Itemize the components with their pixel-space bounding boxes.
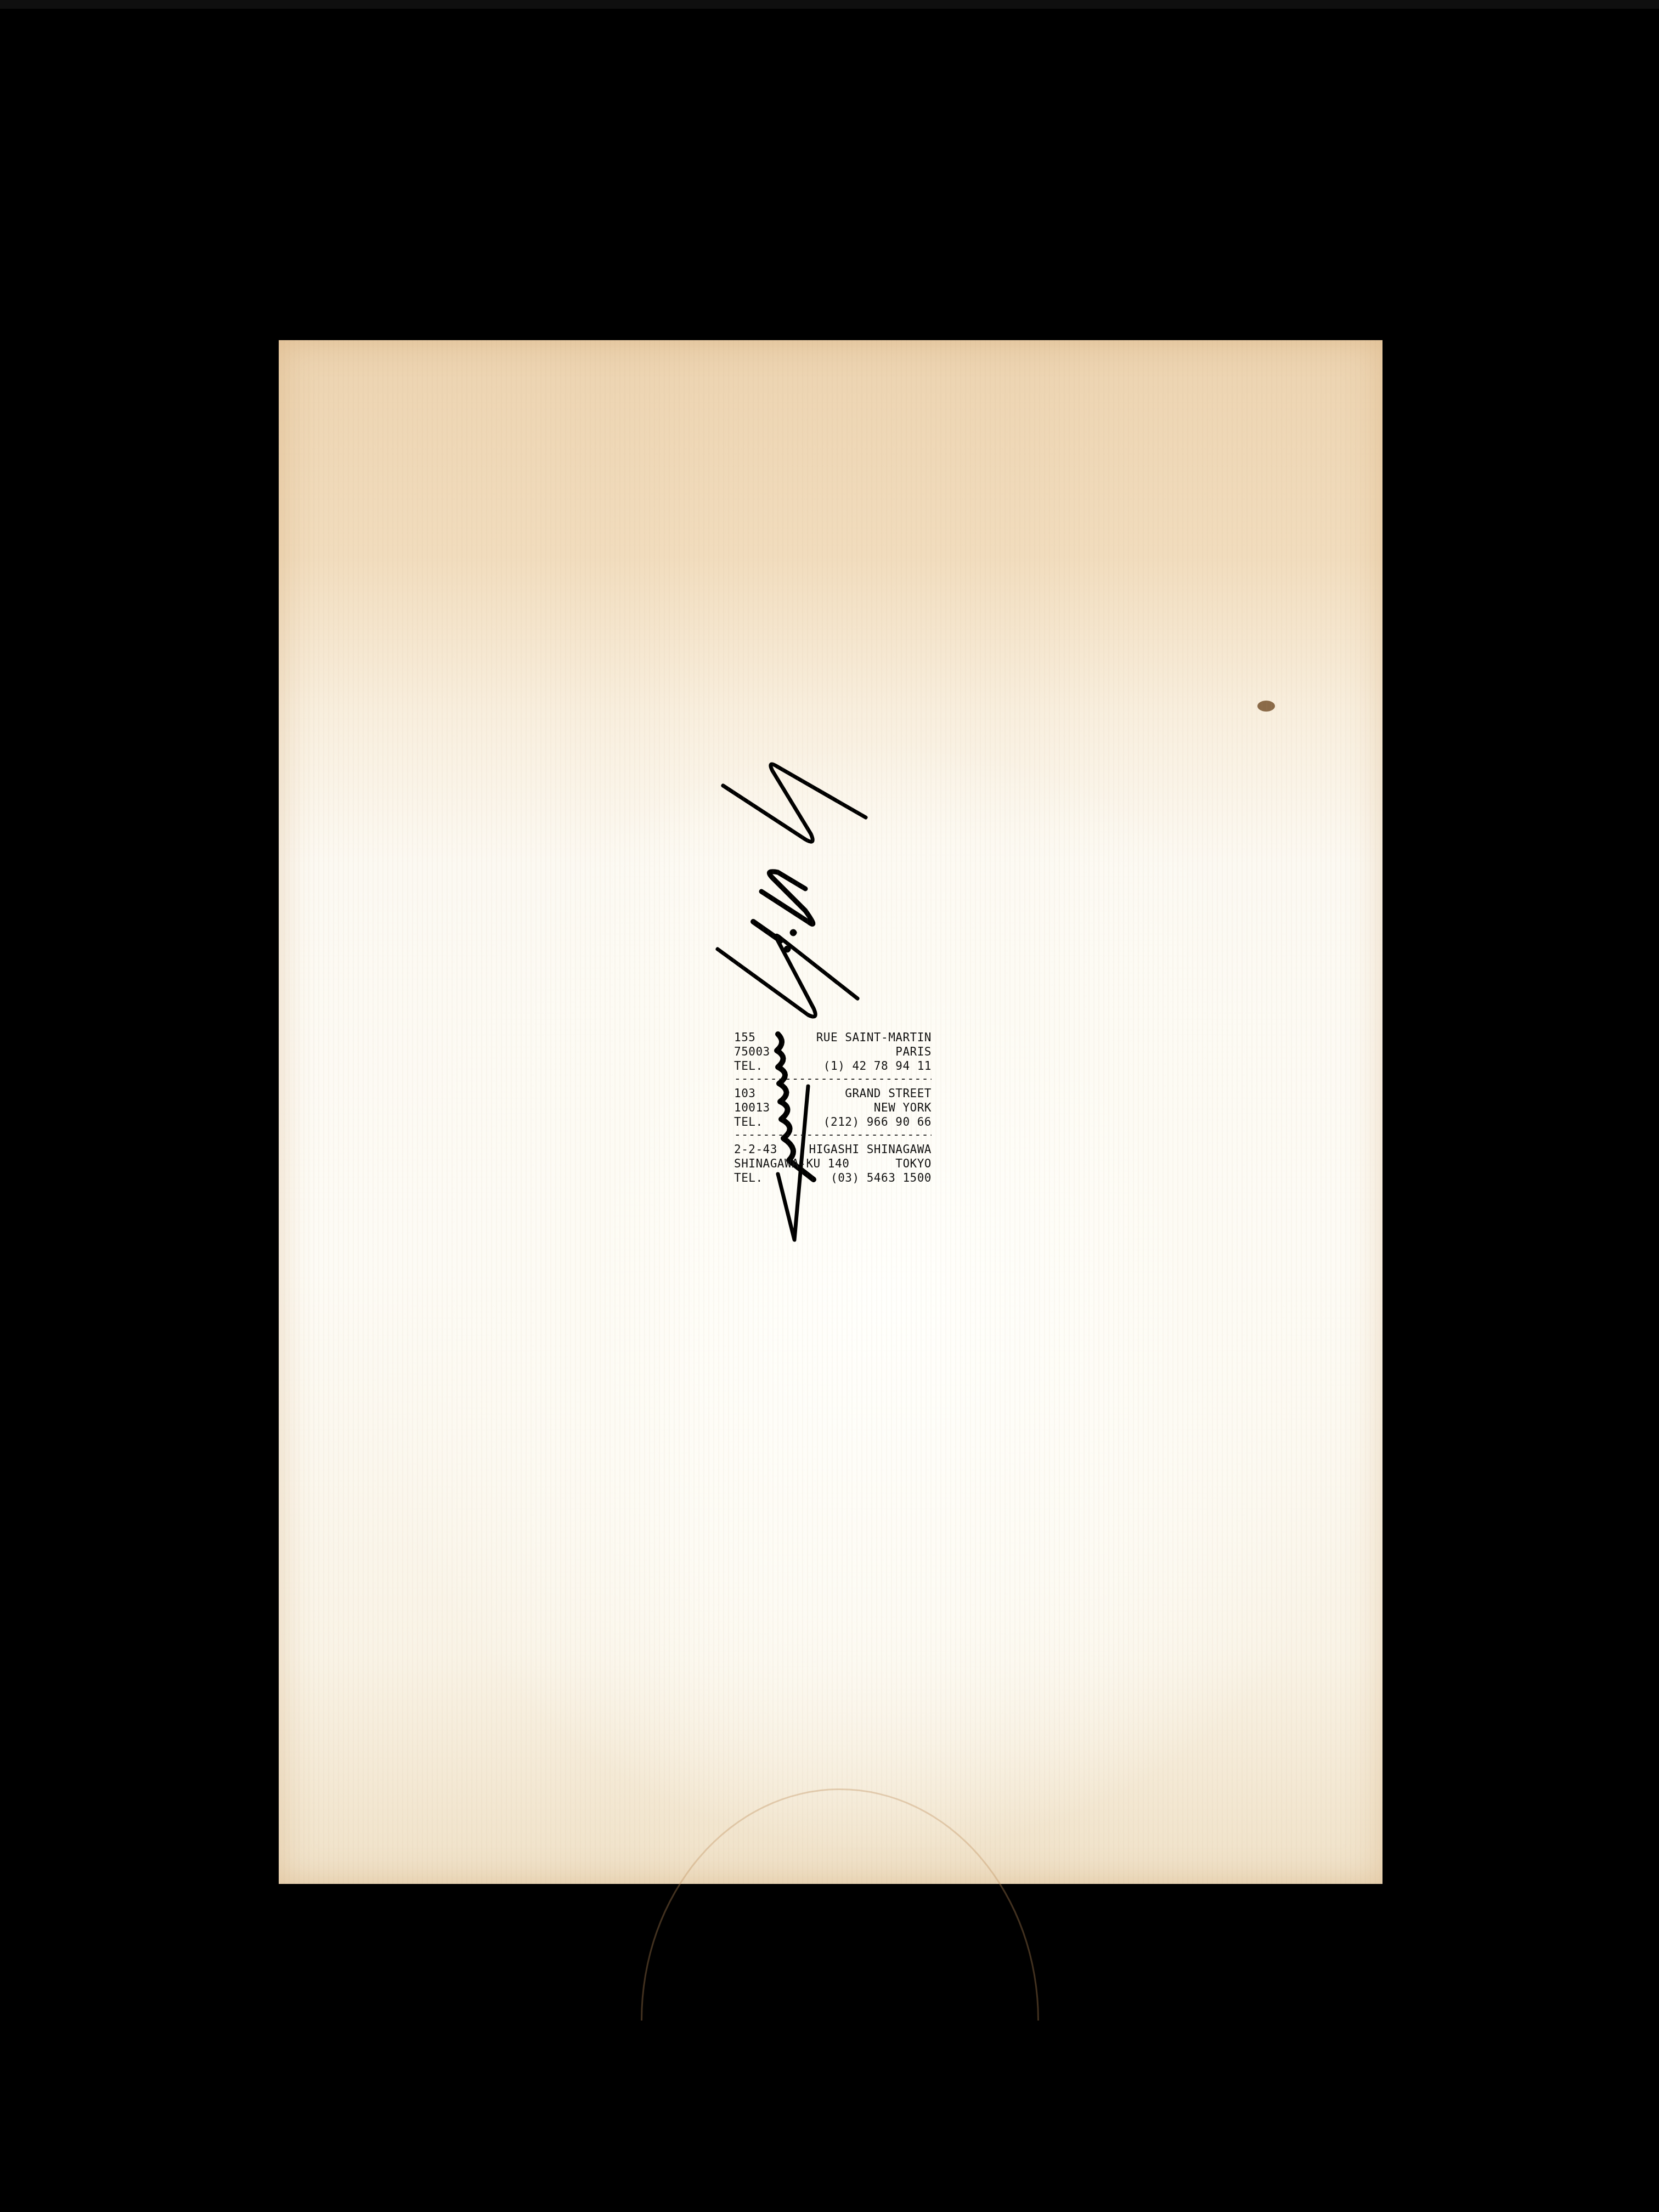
address-line: 2-2-43 HIGASHI SHINAGAWA: [734, 1142, 932, 1156]
address-line: TEL. (212) 966 90 66: [734, 1115, 932, 1129]
address-left: 10013: [734, 1101, 770, 1115]
address-left: SHINAGAWA-KU 140: [734, 1156, 849, 1171]
address-paris: 155 RUE SAINT-MARTIN 75003 PARIS TEL. (1…: [734, 1030, 932, 1073]
address-tokyo: 2-2-43 HIGASHI SHINAGAWA SHINAGAWA-KU 14…: [734, 1142, 932, 1185]
address-right: RUE SAINT-MARTIN: [816, 1030, 932, 1045]
address-right: (1) 42 78 94 11: [823, 1059, 932, 1073]
address-left: TEL.: [734, 1115, 763, 1129]
address-right: GRAND STREET: [845, 1086, 932, 1101]
separator-line: -------------------------------: [734, 1129, 932, 1142]
address-right: NEW YORK: [874, 1101, 932, 1115]
address-right: HIGASHI SHINAGAWA: [809, 1142, 932, 1156]
address-new-york: 103 GRAND STREET 10013 NEW YORK TEL. (21…: [734, 1086, 932, 1129]
address-left: 103: [734, 1086, 755, 1101]
address-line: 155 RUE SAINT-MARTIN: [734, 1030, 932, 1045]
stain-spot: [1257, 701, 1275, 712]
address-left: TEL.: [734, 1171, 763, 1185]
address-left: 75003: [734, 1045, 770, 1059]
address-line: TEL. (03) 5463 1500: [734, 1171, 932, 1185]
address-line: 75003 PARIS: [734, 1045, 932, 1059]
address-left: 2-2-43: [734, 1142, 777, 1156]
address-line: TEL. (1) 42 78 94 11: [734, 1059, 932, 1073]
address-right: TOKYO: [895, 1156, 932, 1171]
address-left: TEL.: [734, 1059, 763, 1073]
address-right: (212) 966 90 66: [823, 1115, 932, 1129]
address-right: (03) 5463 1500: [831, 1171, 932, 1185]
top-bar: [0, 0, 1659, 9]
address-line: 103 GRAND STREET: [734, 1086, 932, 1101]
address-right: PARIS: [895, 1045, 932, 1059]
address-left: 155: [734, 1030, 755, 1045]
water-stain-ring: [641, 1788, 1039, 2021]
address-line: SHINAGAWA-KU 140 TOKYO: [734, 1156, 932, 1171]
address-block: 155 RUE SAINT-MARTIN 75003 PARIS TEL. (1…: [734, 1030, 932, 1185]
address-line: 10013 NEW YORK: [734, 1101, 932, 1115]
envelope-paper: 155 RUE SAINT-MARTIN 75003 PARIS TEL. (1…: [279, 340, 1383, 1884]
yohji-yamamoto-signature-icon: [712, 757, 877, 1284]
separator-line: -------------------------------: [734, 1073, 932, 1086]
